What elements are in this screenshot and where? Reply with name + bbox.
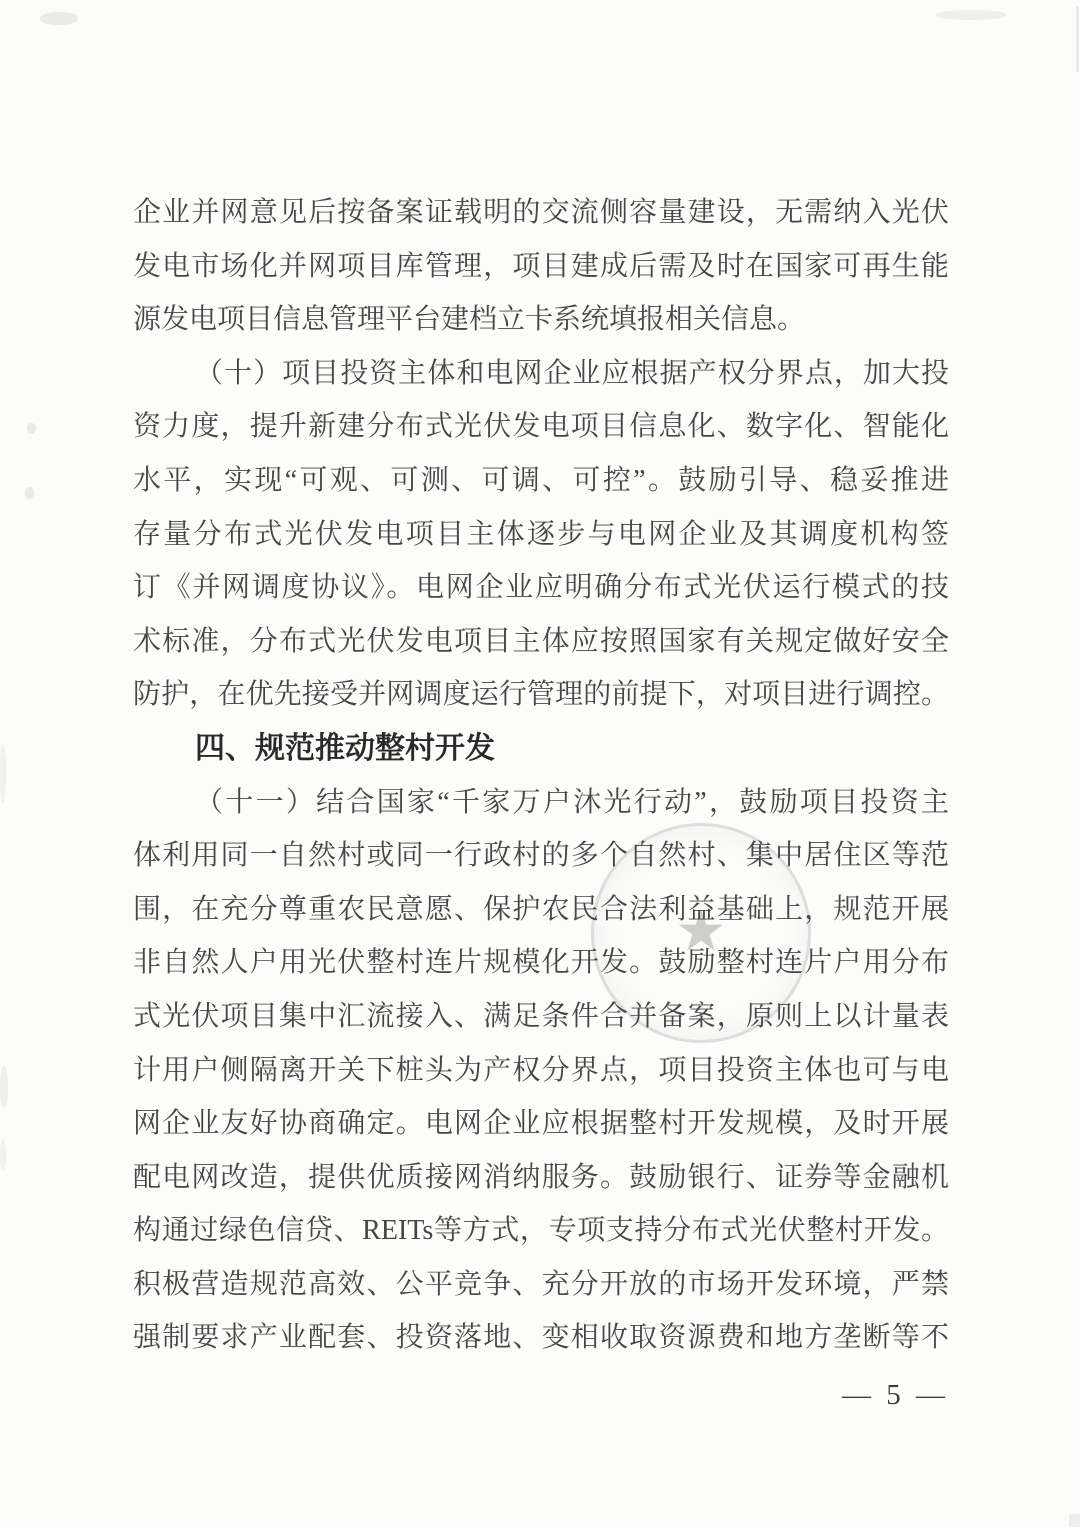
section-heading: 四、规范推动整村开发 <box>133 722 949 776</box>
body-line: 式光伏项目集中汇流接入、满足条件合并备案，原则上以计量表 <box>133 990 949 1044</box>
body-line: 计用户侧隔离开关下桩头为产权分界点，项目投资主体也可与电 <box>133 1044 949 1098</box>
body-line: 强制要求产业配套、投资落地、变相收取资源费和地方垄断等不 <box>133 1311 949 1365</box>
body-line: 构通过绿色信贷、REITs等方式，专项支持分布式光伏整村开发。 <box>133 1204 949 1258</box>
body-line: 订《并网调度协议》。电网企业应明确分布式光伏运行模式的技 <box>133 561 949 615</box>
page-number: — 5 — <box>133 1379 949 1412</box>
body-line: 源发电项目信息管理平台建档立卡系统填报相关信息。 <box>133 293 949 347</box>
document-body: 企业并网意见后按备案证载明的交流侧容量建设，无需纳入光伏 发电市场化并网项目库管… <box>133 186 949 1365</box>
scan-artifact <box>0 1066 8 1108</box>
scan-artifact <box>1076 6 1079 72</box>
body-line: 体利用同一自然村或同一行政村的多个自然村、集中居住区等范 <box>133 829 949 883</box>
scan-artifact <box>25 487 34 499</box>
body-line: 积极营造规范高效、公平竞争、充分开放的市场开发环境，严禁 <box>133 1258 949 1312</box>
scan-artifact <box>0 1140 6 1170</box>
scan-artifact <box>27 423 36 434</box>
body-line: （十一）结合国家“千家万户沐光行动”，鼓励项目投资主 <box>133 776 949 830</box>
scan-artifact <box>40 12 78 25</box>
scan-artifact <box>0 745 6 803</box>
body-line: 网企业友好协商确定。电网企业应根据整村开发规模，及时开展 <box>133 1097 949 1151</box>
body-line: 水平，实现“可观、可测、可调、可控”。鼓励引导、稳妥推进 <box>133 454 949 508</box>
body-line: 防护，在优先接受并网调度运行管理的前提下，对项目进行调控。 <box>133 668 949 722</box>
scan-artifact <box>936 10 1006 20</box>
document-page: ★ 企业并网意见后按备案证载明的交流侧容量建设，无需纳入光伏 发电市场化并网项目… <box>0 0 1080 1527</box>
body-line: 存量分布式光伏发电项目主体逐步与电网企业及其调度机构签 <box>133 508 949 562</box>
body-line: 资力度，提升新建分布式光伏发电项目信息化、数字化、智能化 <box>133 400 949 454</box>
body-line: 发电市场化并网项目库管理，项目建成后需及时在国家可再生能 <box>133 240 949 294</box>
body-line: 非自然人户用光伏整村连片规模化开发。鼓励整村连片户用分布 <box>133 936 949 990</box>
body-line: （十）项目投资主体和电网企业应根据产权分界点，加大投 <box>133 347 949 401</box>
scan-artifact <box>1069 1514 1080 1527</box>
body-line: 围，在充分尊重农民意愿、保护农民合法利益基础上，规范开展 <box>133 883 949 937</box>
body-line: 术标准，分布式光伏发电项目主体应按照国家有关规定做好安全 <box>133 615 949 669</box>
body-line: 配电网改造，提供优质接网消纳服务。鼓励银行、证券等金融机 <box>133 1151 949 1205</box>
body-line: 企业并网意见后按备案证载明的交流侧容量建设，无需纳入光伏 <box>133 186 949 240</box>
